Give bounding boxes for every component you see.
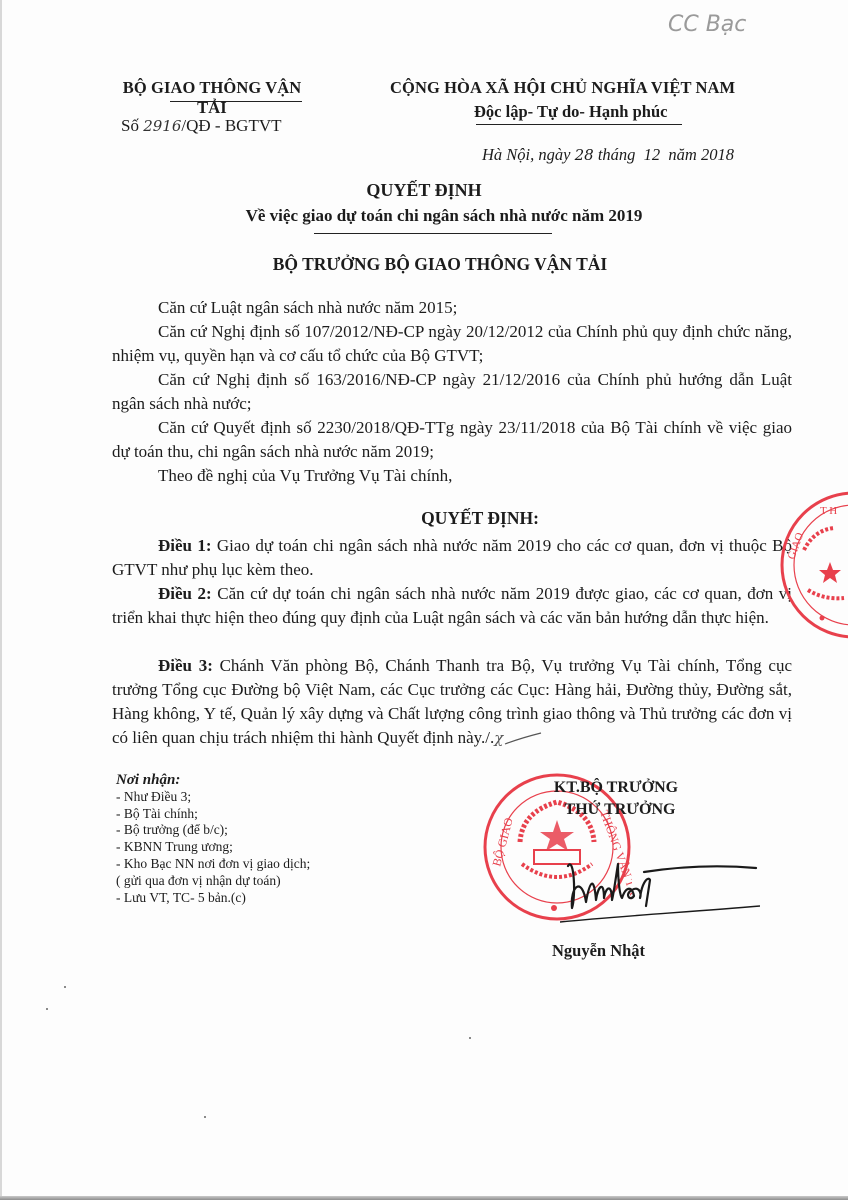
date-rest: tháng 12 năm 2018: [598, 145, 734, 164]
preamble-item: Căn cứ Quyết định số 2230/2018/QĐ-TTg ng…: [112, 416, 792, 464]
date-prefix: Hà Nội, ngày: [482, 145, 570, 164]
doc-number-suffix: /QĐ - BGTVT: [181, 116, 281, 135]
article-text: Giao dự toán chi ngân sách nhà nước năm …: [112, 536, 792, 579]
svg-text:BỘ GIAO: BỘ GIAO: [489, 816, 515, 868]
signature-role-line-1: KT.BỘ TRƯỞNG: [536, 779, 696, 797]
decision-heading: QUYẾT ĐỊNH:: [0, 508, 848, 529]
article-label: Điều 2:: [158, 584, 212, 603]
recipients-heading: Nơi nhận:: [116, 772, 310, 789]
date-day-handwritten: 28: [575, 146, 594, 164]
country-name: CỘNG HÒA XÃ HỘI CHỦ NGHĨA VIỆT NAM: [390, 78, 735, 98]
recipient-item: - Bộ Tài chính;: [116, 806, 310, 823]
scan-speck: [469, 1037, 471, 1039]
document-subject: Về việc giao dự toán chi ngân sách nhà n…: [0, 206, 848, 226]
handwritten-signature-icon: [560, 846, 760, 926]
preamble-item: Căn cứ Luật ngân sách nhà nước năm 2015;: [112, 296, 792, 320]
article-3: Điều 3: Chánh Văn phòng Bộ, Chánh Thanh …: [112, 654, 792, 750]
recipients-list: Nơi nhận: - Như Điều 3; - Bộ Tài chính; …: [116, 772, 310, 906]
recipient-item: - Kho Bạc NN nơi đơn vị giao dịch;: [116, 856, 310, 873]
recipient-item: - Lưu VT, TC- 5 bản.(c): [116, 890, 310, 907]
motto-underline: [476, 124, 682, 125]
national-motto: Độc lập- Tự do- Hạnh phúc: [474, 102, 667, 122]
preamble-item: Căn cứ Nghị định số 107/2012/NĐ-CP ngày …: [112, 320, 792, 368]
article-text: Chánh Văn phòng Bộ, Chánh Thanh tra Bộ, …: [112, 656, 792, 747]
document-title: QUYẾT ĐỊNH: [0, 180, 848, 201]
recipient-item: - Như Điều 3;: [116, 789, 310, 806]
scan-speck: [46, 1008, 48, 1010]
ministry-underline: [170, 101, 302, 102]
issuing-authority: BỘ TRƯỞNG BỘ GIAO THÔNG VẬN TẢI: [0, 254, 848, 275]
scan-speck: [64, 986, 66, 988]
handwritten-corner-note: CC Bạc: [668, 12, 746, 37]
recipient-item: ( gửi qua đơn vị nhận dự toán): [116, 873, 310, 890]
article-label: Điều 1:: [158, 536, 212, 555]
scan-speck: [204, 1116, 206, 1118]
signer-name: Nguyễn Nhật: [552, 941, 645, 961]
recipient-item: - KBNN Trung ương;: [116, 839, 310, 856]
scan-bottom-edge: [0, 1196, 848, 1200]
doc-number-prefix: Số: [121, 116, 139, 135]
preamble-item: Theo đề nghị của Vụ Trưởng Vụ Tài chính,: [112, 464, 792, 488]
article-2: Điều 2: Căn cứ dự toán chi ngân sách nhà…: [112, 582, 792, 630]
preamble-item: Căn cứ Nghị định số 163/2016/NĐ-CP ngày …: [112, 368, 792, 416]
handwritten-check-mark: χ: [494, 729, 503, 747]
recipient-item: - Bộ trưởng (để b/c);: [116, 822, 310, 839]
document-number: Số 2916/QĐ - BGTVT: [121, 116, 282, 136]
subject-underline: [314, 233, 552, 234]
article-label: Điều 3:: [158, 656, 213, 675]
issuing-ministry: BỘ GIAO THÔNG VẬN TẢI: [112, 78, 312, 118]
svg-text:T H: T H: [820, 505, 837, 517]
article-text: Căn cứ dự toán chi ngân sách nhà nước nă…: [112, 584, 792, 627]
initial-stroke-icon: [503, 732, 543, 746]
doc-number-handwritten: 2916: [143, 117, 181, 135]
signature-role-line-2: THỨ TRƯỞNG: [540, 801, 700, 819]
article-1: Điều 1: Giao dự toán chi ngân sách nhà n…: [112, 534, 792, 582]
issue-date: Hà Nội, ngày 28 tháng 12 năm 2018: [482, 145, 734, 165]
official-seal-partial-icon: GIAO T H: [764, 490, 848, 640]
